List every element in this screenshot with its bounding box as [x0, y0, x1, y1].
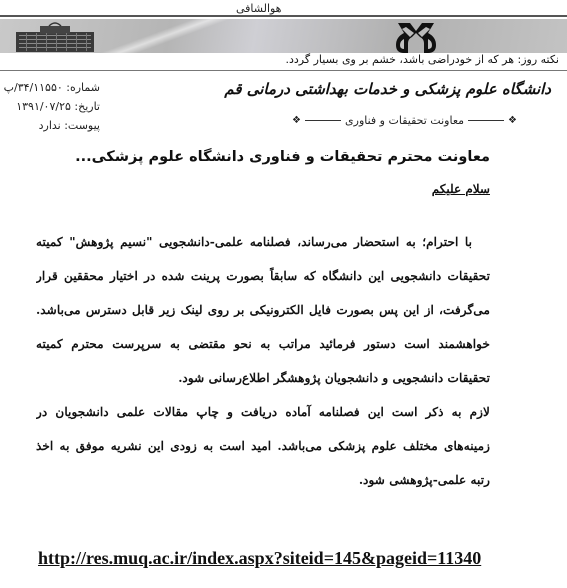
divider — [305, 120, 341, 121]
letter-attachment: پیوست: ندارد — [6, 116, 100, 135]
letter-body: با احترام؛ به استحضار می‌رساند، فصلنامه … — [36, 225, 490, 497]
body-line: با احترام؛ به استحضار می‌رساند، فصلنامه … — [36, 225, 490, 259]
journal-link[interactable]: http://res.muq.ac.ir/index.aspx?siteid=1… — [38, 548, 481, 569]
body-line: تحقیقات دانشجویی این دانشگاه که سابقاً ب… — [36, 259, 490, 293]
department-line: ❖ معاونت تحقیقات و فناوری ❖ — [292, 114, 517, 127]
letter-meta: شماره: ۳۴/۱۱۵۵۰/پ تاریخ: ۱۳۹۱/۰۷/۲۵ پیوس… — [6, 78, 100, 135]
letter-date: تاریخ: ۱۳۹۱/۰۷/۲۵ — [6, 97, 100, 116]
body-line: زمینه‌های مختلف علوم پزشکی می‌باشد. امید… — [36, 429, 490, 463]
body-line: می‌گرفت، از این پس بصورت فایل الکترونیکی… — [36, 293, 490, 327]
body-line: لازم به ذکر است این فصلنامه آماده دریافت… — [36, 395, 490, 429]
ornament-icon: ❖ — [292, 115, 301, 126]
body-line: رتبه علمی-پژوهشی شود. — [36, 463, 490, 497]
header-bottom-rule — [0, 70, 567, 71]
greeting: سلام علیکم — [432, 182, 490, 196]
daily-notice: نکته روز: هر که از خودراضی باشد، خشم بر … — [286, 53, 560, 66]
body-line: خواهشمند است دستور فرمائید مراتب به نحو … — [36, 327, 490, 361]
header-motto: هوالشافی — [232, 2, 285, 15]
university-building-image — [16, 22, 94, 52]
recipient-title: معاونت محترم تحقیقات و فناوری دانشگاه عل… — [0, 149, 567, 165]
divider — [468, 120, 504, 121]
letter-number: شماره: ۳۴/۱۱۵۵۰/پ — [6, 78, 100, 97]
department-name: معاونت تحقیقات و فناوری — [345, 114, 464, 127]
body-line: تحقیقات دانشجویی و دانشجویان پژوهشگر اطل… — [36, 361, 490, 395]
university-logo-icon — [392, 19, 440, 55]
ornament-icon: ❖ — [508, 115, 517, 126]
university-name: دانشگاه علوم پزشکی و خدمات بهداشتی درمان… — [224, 80, 551, 98]
banner-light-streak — [100, 19, 240, 53]
header-top-rule — [0, 15, 567, 17]
